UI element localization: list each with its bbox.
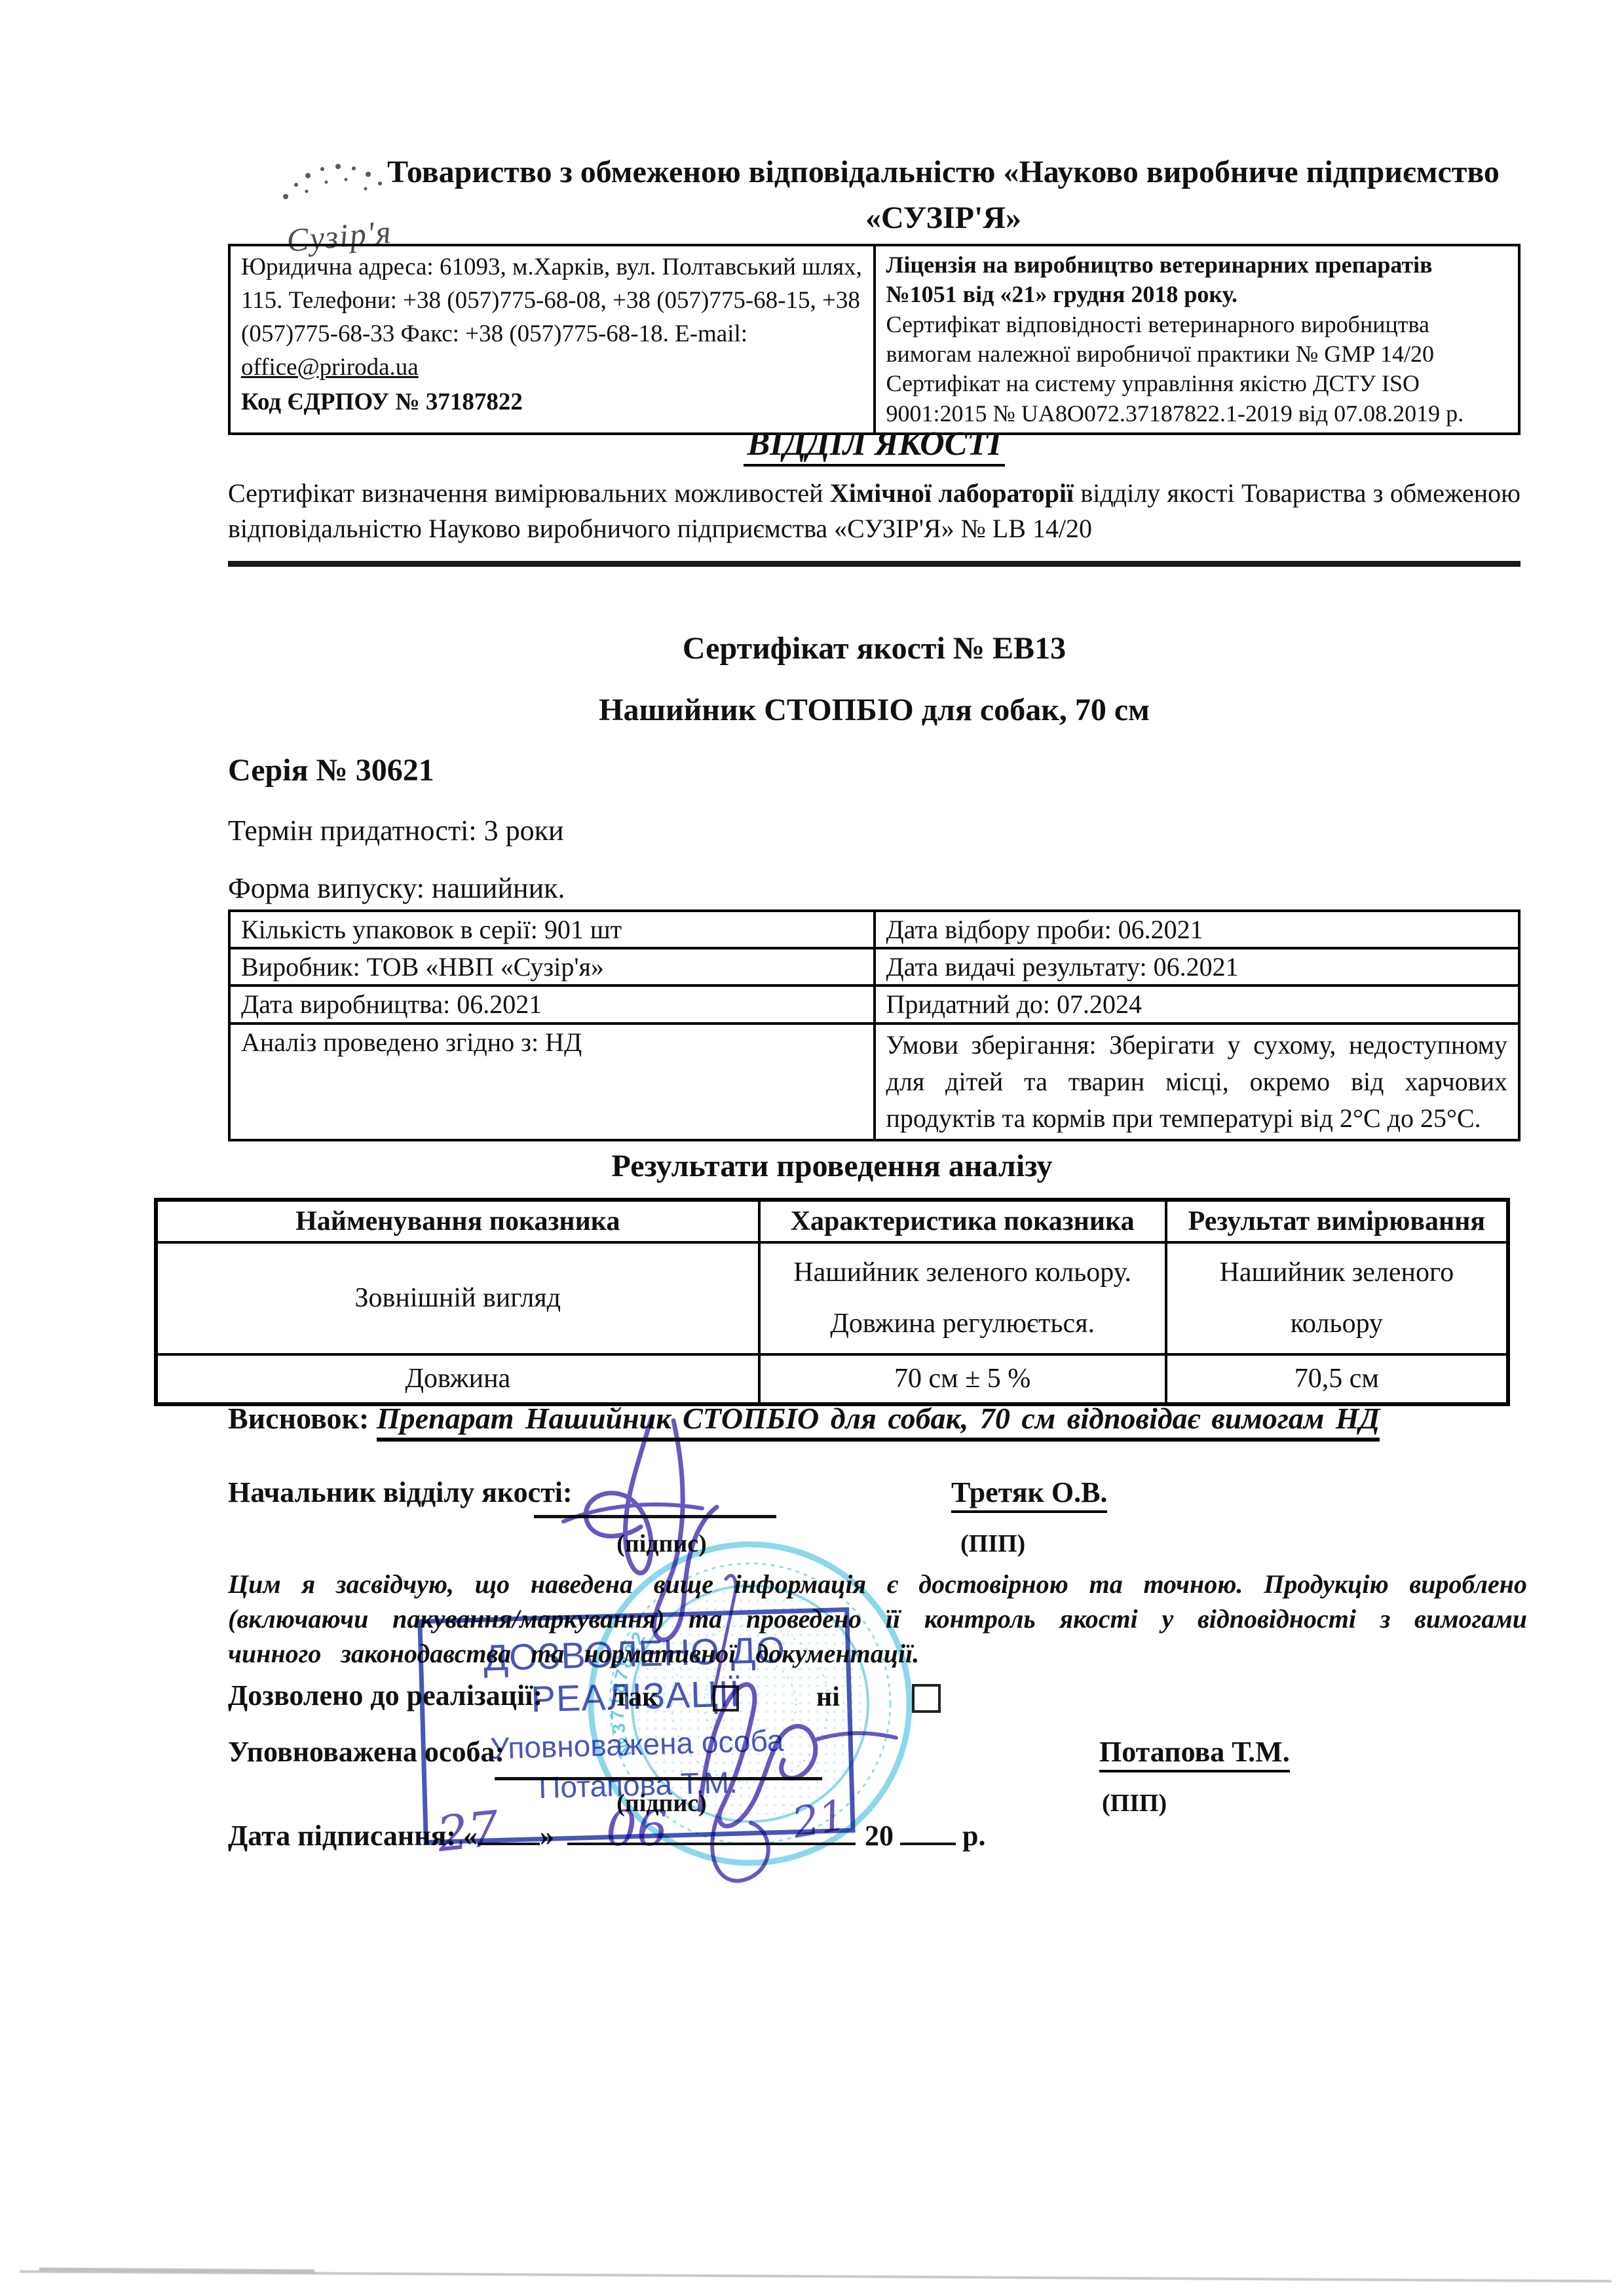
release-yes-checkmark	[713, 1575, 736, 1698]
quality-head-signature	[586, 1417, 652, 1573]
authorized-signature	[814, 1733, 896, 1740]
quality-head-signature	[654, 1421, 717, 1640]
handwritten-year: 21	[788, 1791, 850, 1848]
handwritten-day: 27	[434, 1801, 502, 1863]
handwritten-ink-overlay: 27 06 21	[0, 0, 1624, 2296]
scanned-certificate-page: Сузір'я Товариство з обмеженою відповіда…	[0, 0, 1624, 2296]
handwritten-month: 06	[606, 1801, 668, 1857]
